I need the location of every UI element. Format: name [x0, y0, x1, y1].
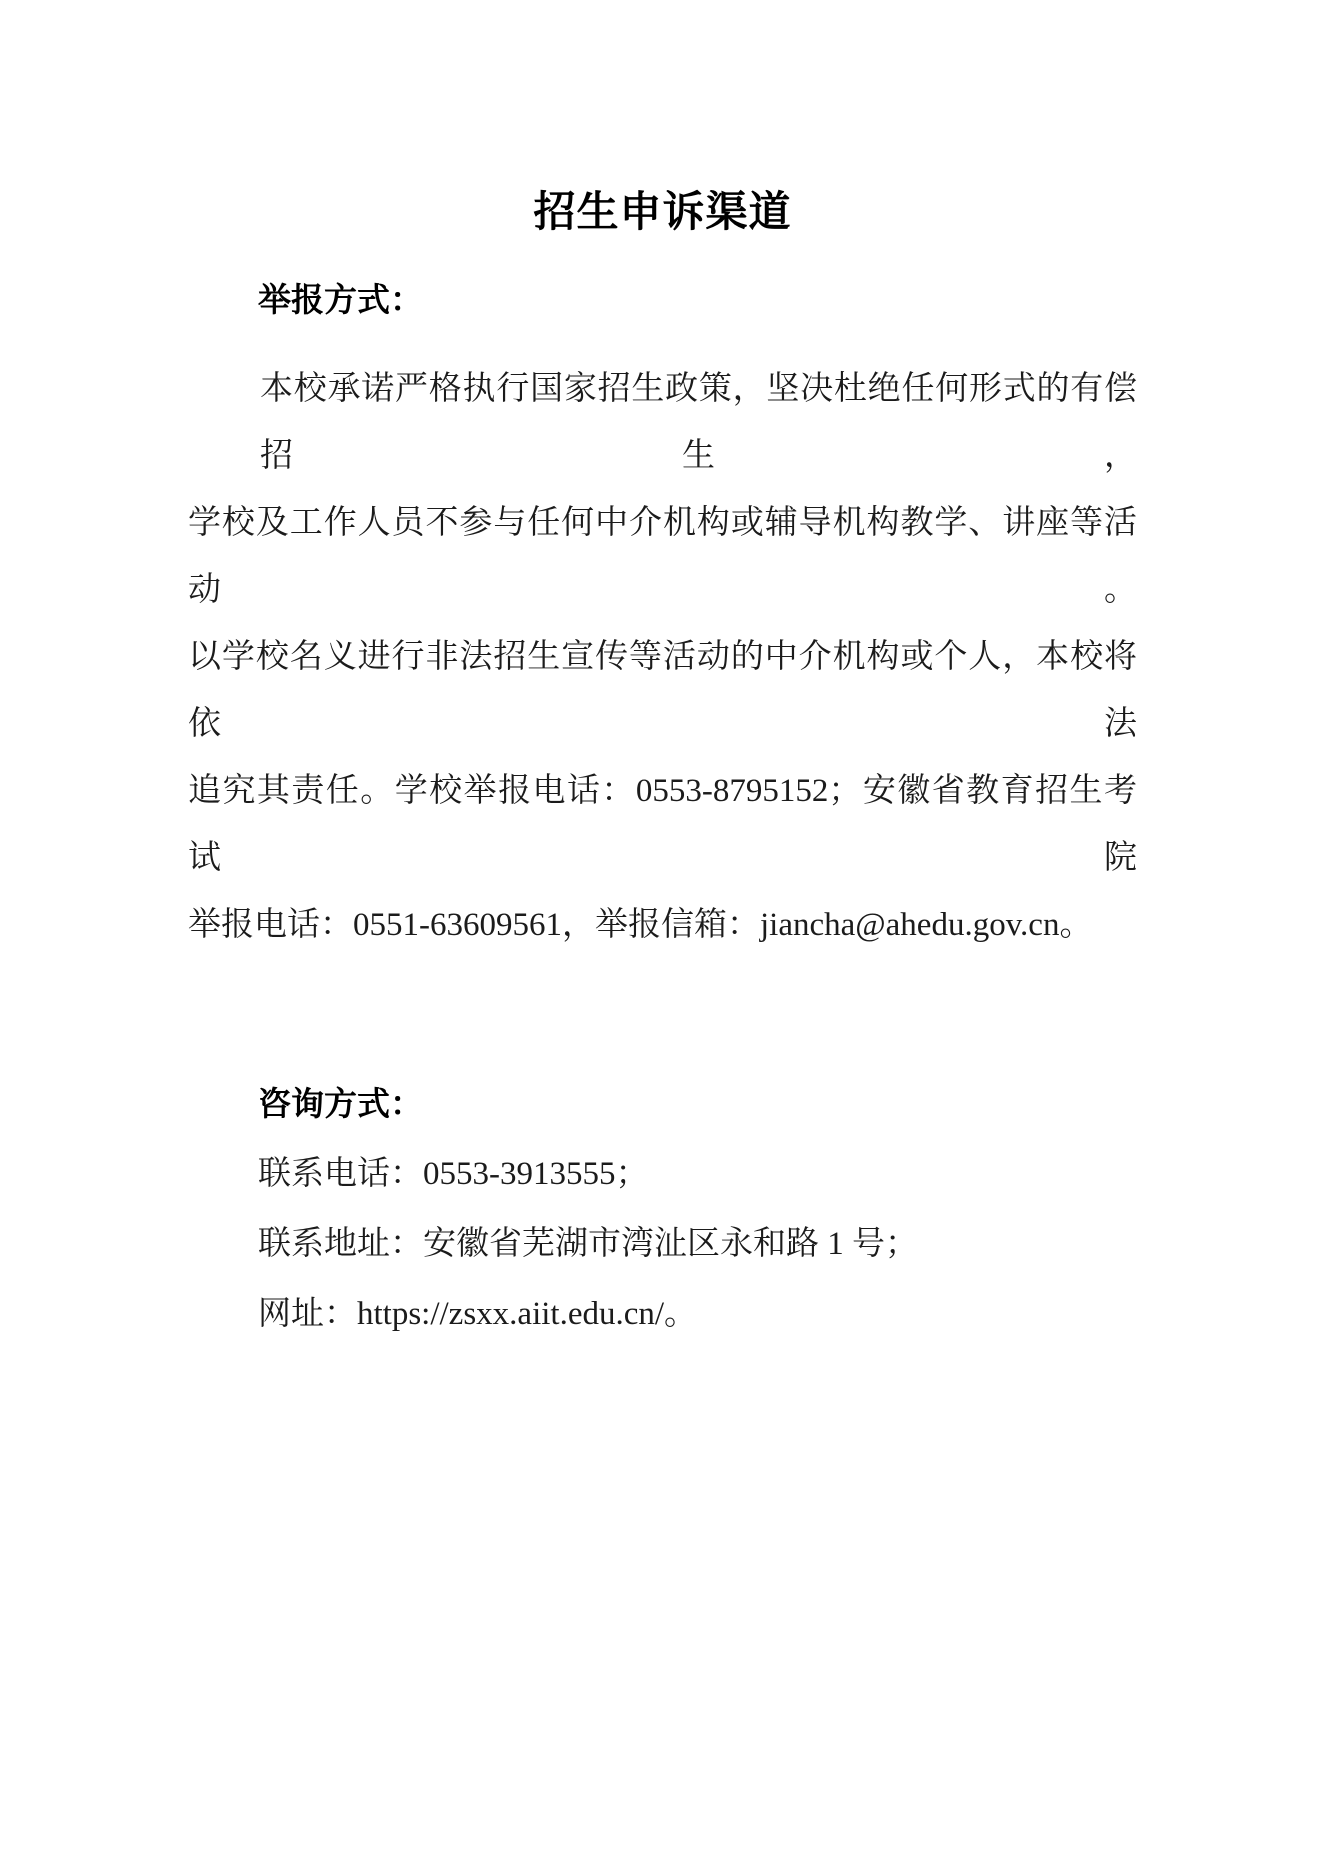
report-paragraph-line: 本校承诺严格执行国家招生政策，坚决杜绝任何形式的有偿招生，	[188, 356, 1137, 490]
report-methods-heading: 举报方式：	[188, 268, 1137, 335]
contact-phone-line: 联系电话：0553-3913555；	[188, 1139, 1137, 1209]
consult-section: 咨询方式： 联系电话：0553-3913555； 联系地址：安徽省芜湖市湾沚区永…	[188, 1072, 1137, 1349]
page-title: 招生申诉渠道	[188, 178, 1137, 246]
report-paragraph-line: 学校及工作人员不参与任何中介机构或辅导机构教学、讲座等活动。	[188, 490, 1137, 624]
report-section: 举报方式： 本校承诺严格执行国家招生政策，坚决杜绝任何形式的有偿招生， 学校及工…	[188, 268, 1137, 959]
consult-methods-heading: 咨询方式：	[188, 1072, 1137, 1139]
report-paragraph-line: 举报电话：0551-63609561，举报信箱：jiancha@ahedu.go…	[188, 892, 1137, 959]
document-content: 招生申诉渠道 举报方式： 本校承诺严格执行国家招生政策，坚决杜绝任何形式的有偿招…	[0, 178, 1323, 1349]
contact-address-line: 联系地址：安徽省芜湖市湾沚区永和路 1 号；	[188, 1209, 1137, 1279]
document-page: 招生申诉渠道 举报方式： 本校承诺严格执行国家招生政策，坚决杜绝任何形式的有偿招…	[0, 0, 1323, 1871]
website-line: 网址：https://zsxx.aiit.edu.cn/。	[188, 1279, 1137, 1349]
report-paragraph: 本校承诺严格执行国家招生政策，坚决杜绝任何形式的有偿招生， 学校及工作人员不参与…	[188, 356, 1137, 959]
consult-lines: 联系电话：0553-3913555； 联系地址：安徽省芜湖市湾沚区永和路 1 号…	[188, 1139, 1137, 1349]
report-paragraph-line: 以学校名义进行非法招生宣传等活动的中介机构或个人，本校将依法	[188, 624, 1137, 758]
report-paragraph-line: 追究其责任。学校举报电话：0553-8795152；安徽省教育招生考试院	[188, 758, 1137, 892]
